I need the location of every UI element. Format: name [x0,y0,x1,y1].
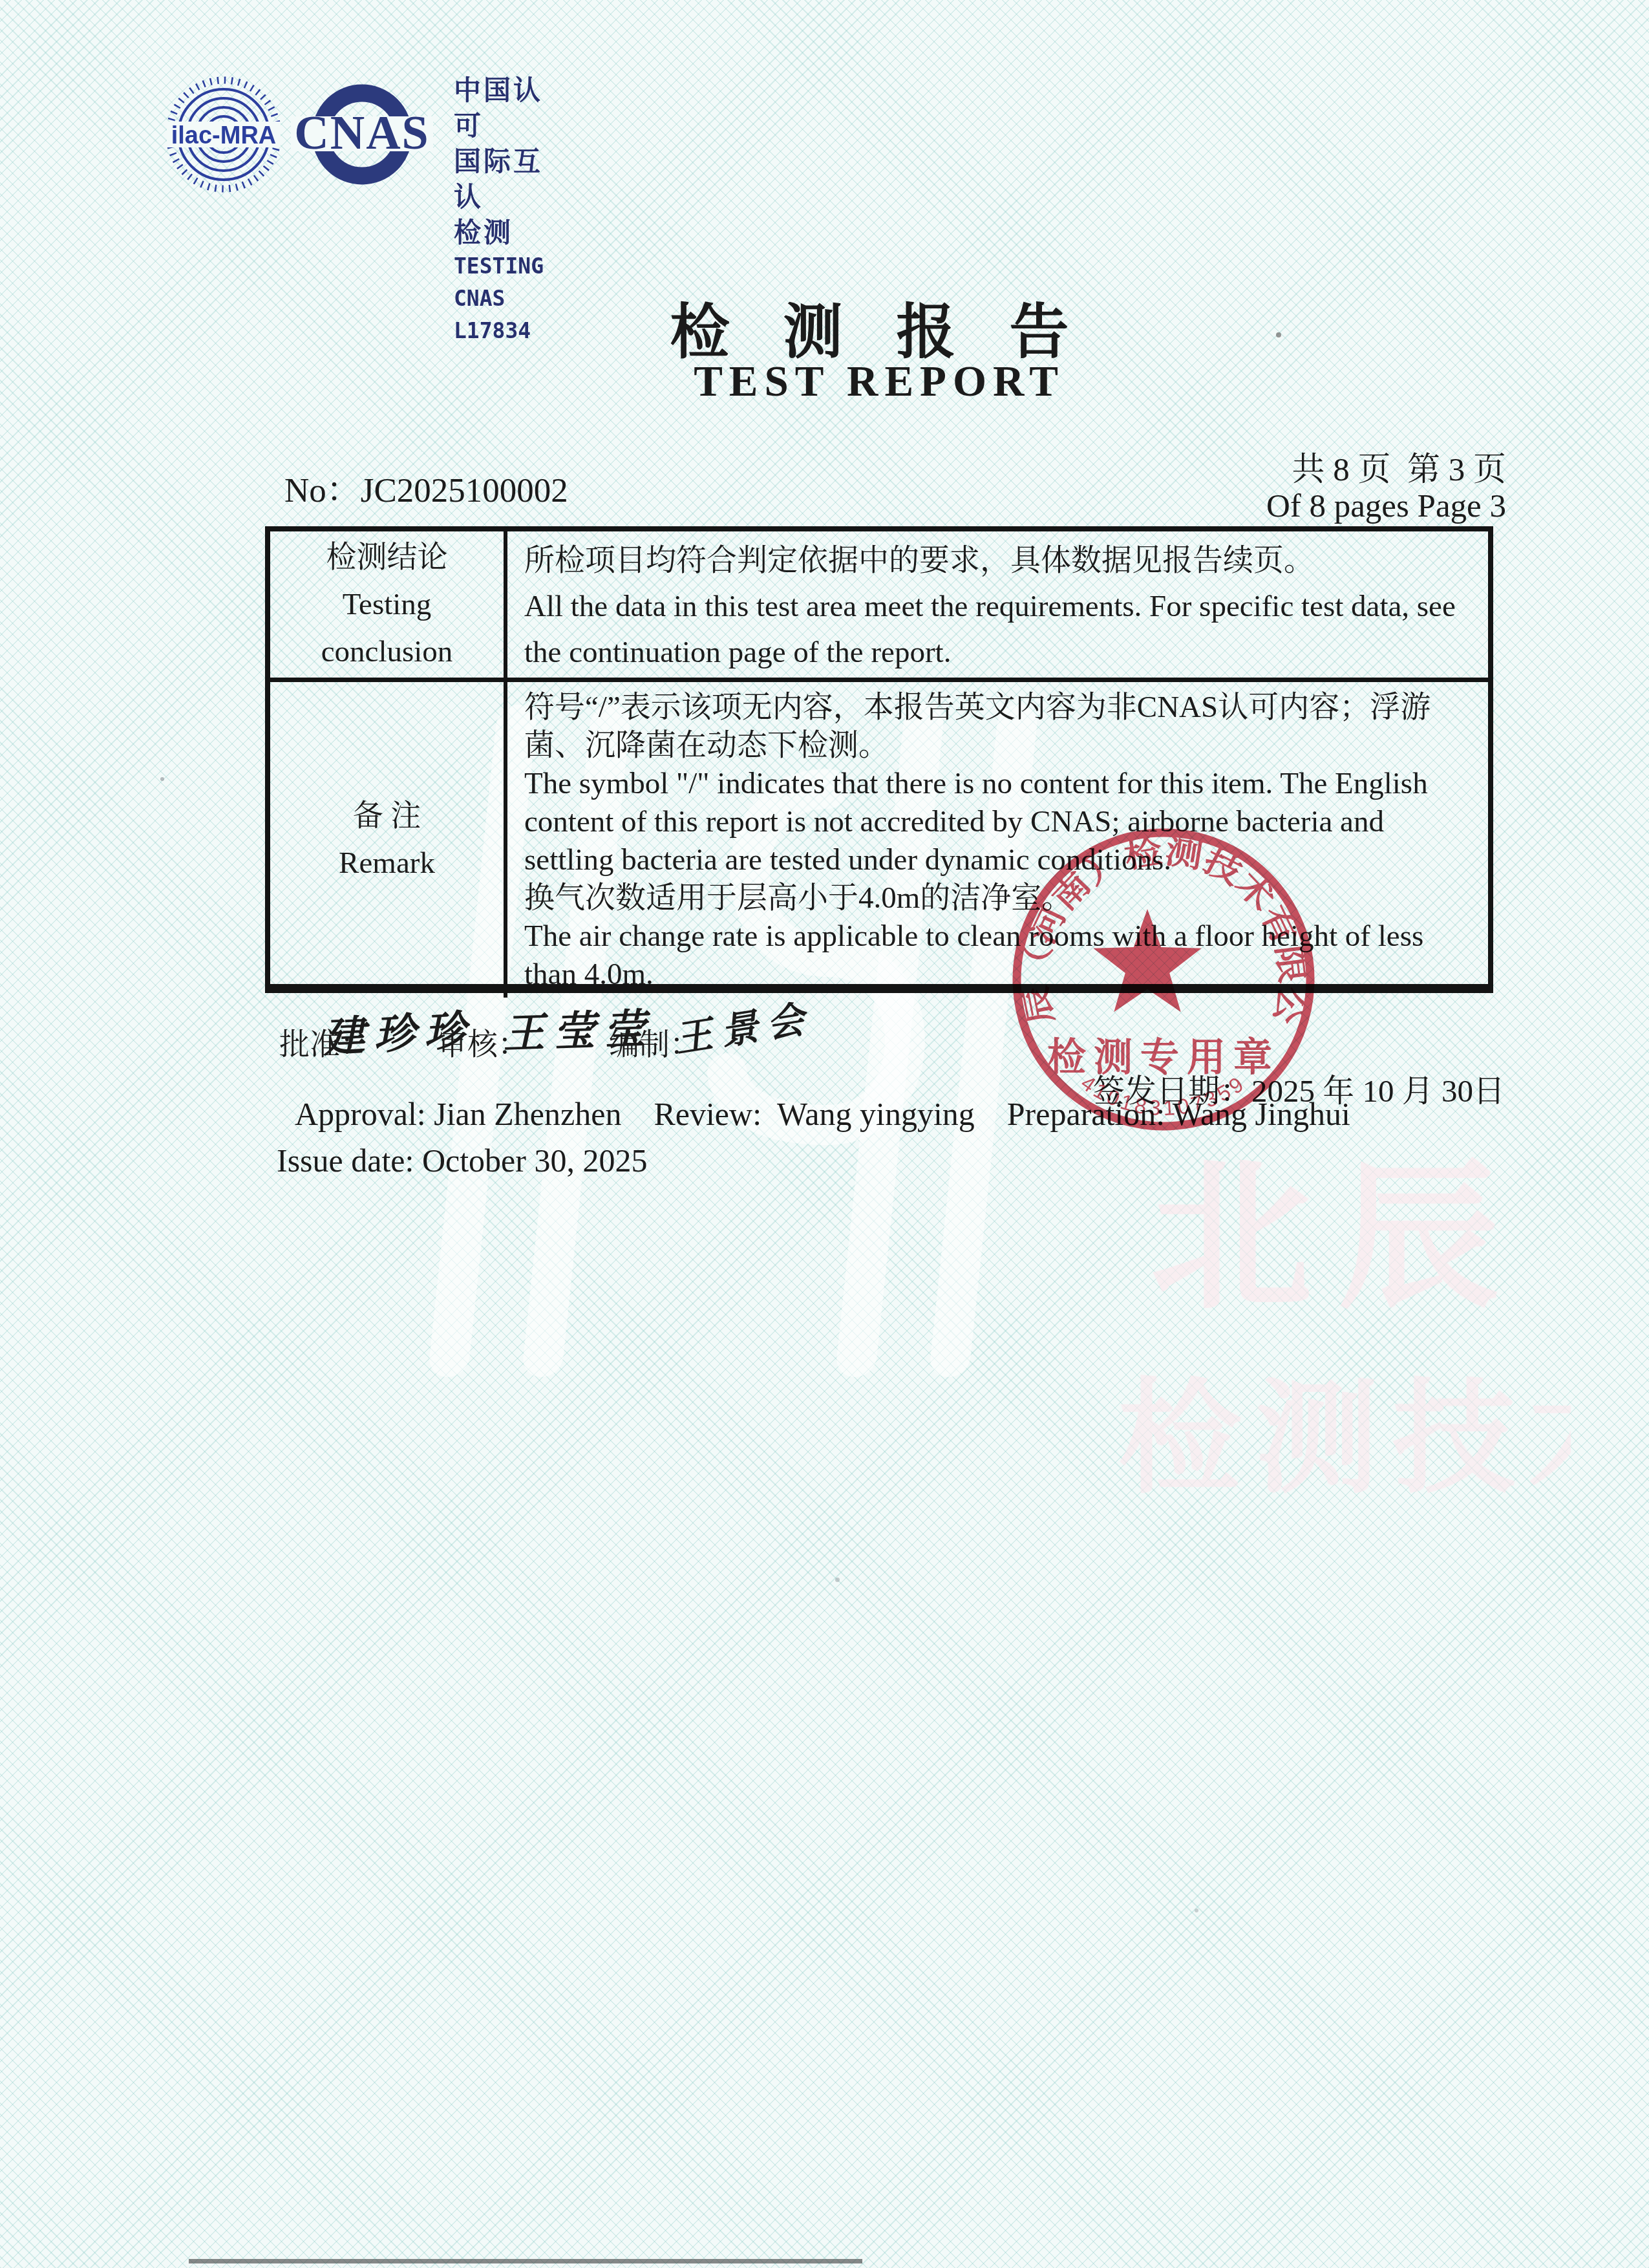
report-number-label: No： [284,472,361,509]
testing-conclusion-label-cell: 检测结论 Testing conclusion [270,531,507,682]
cnas-logo-icon: CNAS [291,75,433,195]
testing-conclusion-content-cell: 所检项目均符合判定依据中的要求，具体数据见报告续页。 All the data … [507,531,1488,682]
cnas-label: CNAS [294,107,429,160]
report-title-en: TEST REPORT [0,357,1649,407]
dust-speck [160,777,164,781]
issue-date-en: Issue date: October 30, 2025 [277,1142,647,1179]
conclusion-text-zh: 所检项目均符合判定依据中的要求，具体数据见报告续页。 [524,538,1471,584]
report-number-value: JC2025100002 [361,472,568,509]
watermark-text-1: 北辰 [1151,1147,1526,1327]
dust-speck [1195,1909,1198,1912]
remark-label-en: Remark [339,840,435,887]
ilac-mra-logo-icon: ilac-MRA [167,71,281,198]
testing-conclusion-label-zh: 检测结论 [326,534,448,581]
seal-purpose-label: 检测专用章 [1047,1036,1280,1079]
watermark-text-2: 检测技术 [1118,1370,1571,1507]
pagination-en: Of 8 pages Page 3 [1266,487,1506,525]
testing-conclusion-label-en-2: conclusion [321,628,453,676]
testing-conclusion-label-en-1: Testing [343,581,432,628]
report-number: No：JC2025100002 [284,463,568,512]
accreditation-line-1: 中国认可 [454,72,544,144]
dust-speck [835,1578,840,1582]
remark-label-zh: 备 注 [353,793,421,840]
accreditation-line-4: TESTING [454,250,544,283]
seal-star-icon [1093,909,1201,1012]
pagination-zh: 共 8 页 第 3 页 [1292,442,1506,490]
svg-text:北辰（河南）检测技术有限公司: 北辰（河南）检测技术有限公司 [999,813,1310,1027]
scanned-test-report-page: 北辰 检测技术 ilac-MRA CNAS 中国认可 国际互认 检测 T [0,0,1649,2268]
accreditation-line-2: 国际互认 [454,144,544,215]
remark-content-cell: 符号“/”表示该项无内容，本报告英文内容为非CNAS认可内容；浮游菌、沉降菌在动… [507,682,1488,998]
preparation-signature: 王景会 [670,988,816,1064]
dust-speck [1276,332,1281,337]
ilac-mra-label: ilac-MRA [171,122,277,149]
seal-company-name: 北辰（河南）检测技术有限公司 [999,813,1310,1027]
red-company-seal: 北辰（河南）检测技术有限公司 检测专用章 410183107359 [999,813,1335,1150]
conclusion-text-en: All the data in this test area meet the … [524,584,1471,676]
remark-label-cell: 备 注 Remark [270,682,507,998]
accreditation-line-3: 检测 [454,215,544,250]
remark-p1-zh: 符号“/”表示该项无内容，本报告英文内容为非CNAS认可内容；浮游菌、沉降菌在动… [524,689,1471,765]
scan-edge-artifact [189,2259,862,2263]
